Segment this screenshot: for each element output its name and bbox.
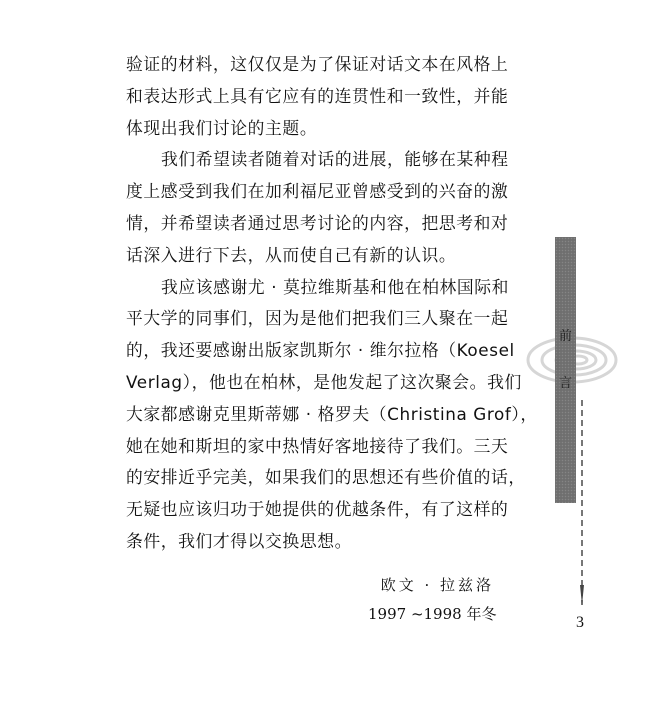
text-line: 情，并希望读者通过思考讨论的内容，把思考和对 <box>126 208 536 240</box>
text-line: Verlag），他也在柏林，是他发起了这次聚会。我们 <box>126 367 536 399</box>
page-number: 3 <box>576 614 584 632</box>
dashed-guide-line <box>581 400 583 605</box>
arrow-tip-icon <box>580 585 584 605</box>
paragraph-1: 验证的材料，这仅仅是为了保证对话文本在风格上 和表达形式上具有它应有的连贯性和一… <box>126 49 536 144</box>
text-line: 大家都感谢克里斯蒂娜 · 格罗夫（Christina Grof）， <box>126 399 536 431</box>
text-line: 的安排近乎完美，如果我们的思想还有些价值的话， <box>126 462 536 494</box>
text-line: 和表达形式上具有它应有的连贯性和一致性，并能 <box>126 81 536 113</box>
chapter-label-yan: 言 <box>555 372 576 391</box>
body-text: 验证的材料，这仅仅是为了保证对话文本在风格上 和表达形式上具有它应有的连贯性和一… <box>126 49 536 558</box>
text-line: 条件，我们才得以交换思想。 <box>126 526 536 558</box>
text-line: 体现出我们讨论的主题。 <box>126 113 536 145</box>
chapter-tab-bar: 前 言 <box>555 237 576 503</box>
text-line: 平大学的同事们，因为是他们把我们三人聚在一起 <box>126 303 536 335</box>
signature-date: 1997 ~1998 年冬 <box>368 601 498 627</box>
chapter-label-qian: 前 <box>555 325 576 344</box>
paragraph-3: 我应该感谢尤 · 莫拉维斯基和他在柏林国际和 平大学的同事们，因为是他们把我们三… <box>126 272 536 558</box>
text-line: 话深入进行下去，从而使自己有新的认识。 <box>126 240 536 272</box>
paragraph-2: 我们希望读者随着对话的进展，能够在某种程 度上感受到我们在加利福尼亚曾感受到的兴… <box>126 144 536 271</box>
text-line: 我们希望读者随着对话的进展，能够在某种程 <box>126 144 536 176</box>
text-line: 无疑也应该归功于她提供的优越条件，有了这样的 <box>126 494 536 526</box>
signature-block: 欧文 · 拉兹洛 1997 ~1998 年冬 <box>368 572 498 627</box>
text-line: 我应该感谢尤 · 莫拉维斯基和他在柏林国际和 <box>126 272 536 304</box>
text-line: 验证的材料，这仅仅是为了保证对话文本在风格上 <box>126 49 536 81</box>
author-name: 欧文 · 拉兹洛 <box>368 572 498 598</box>
text-line: 度上感受到我们在加利福尼亚曾感受到的兴奋的激 <box>126 176 536 208</box>
text-line: 的，我还要感谢出版家凯斯尔 · 维尔拉格（Koesel <box>126 335 536 367</box>
text-line: 她在她和斯坦的家中热情好客地接待了我们。三天 <box>126 431 536 463</box>
